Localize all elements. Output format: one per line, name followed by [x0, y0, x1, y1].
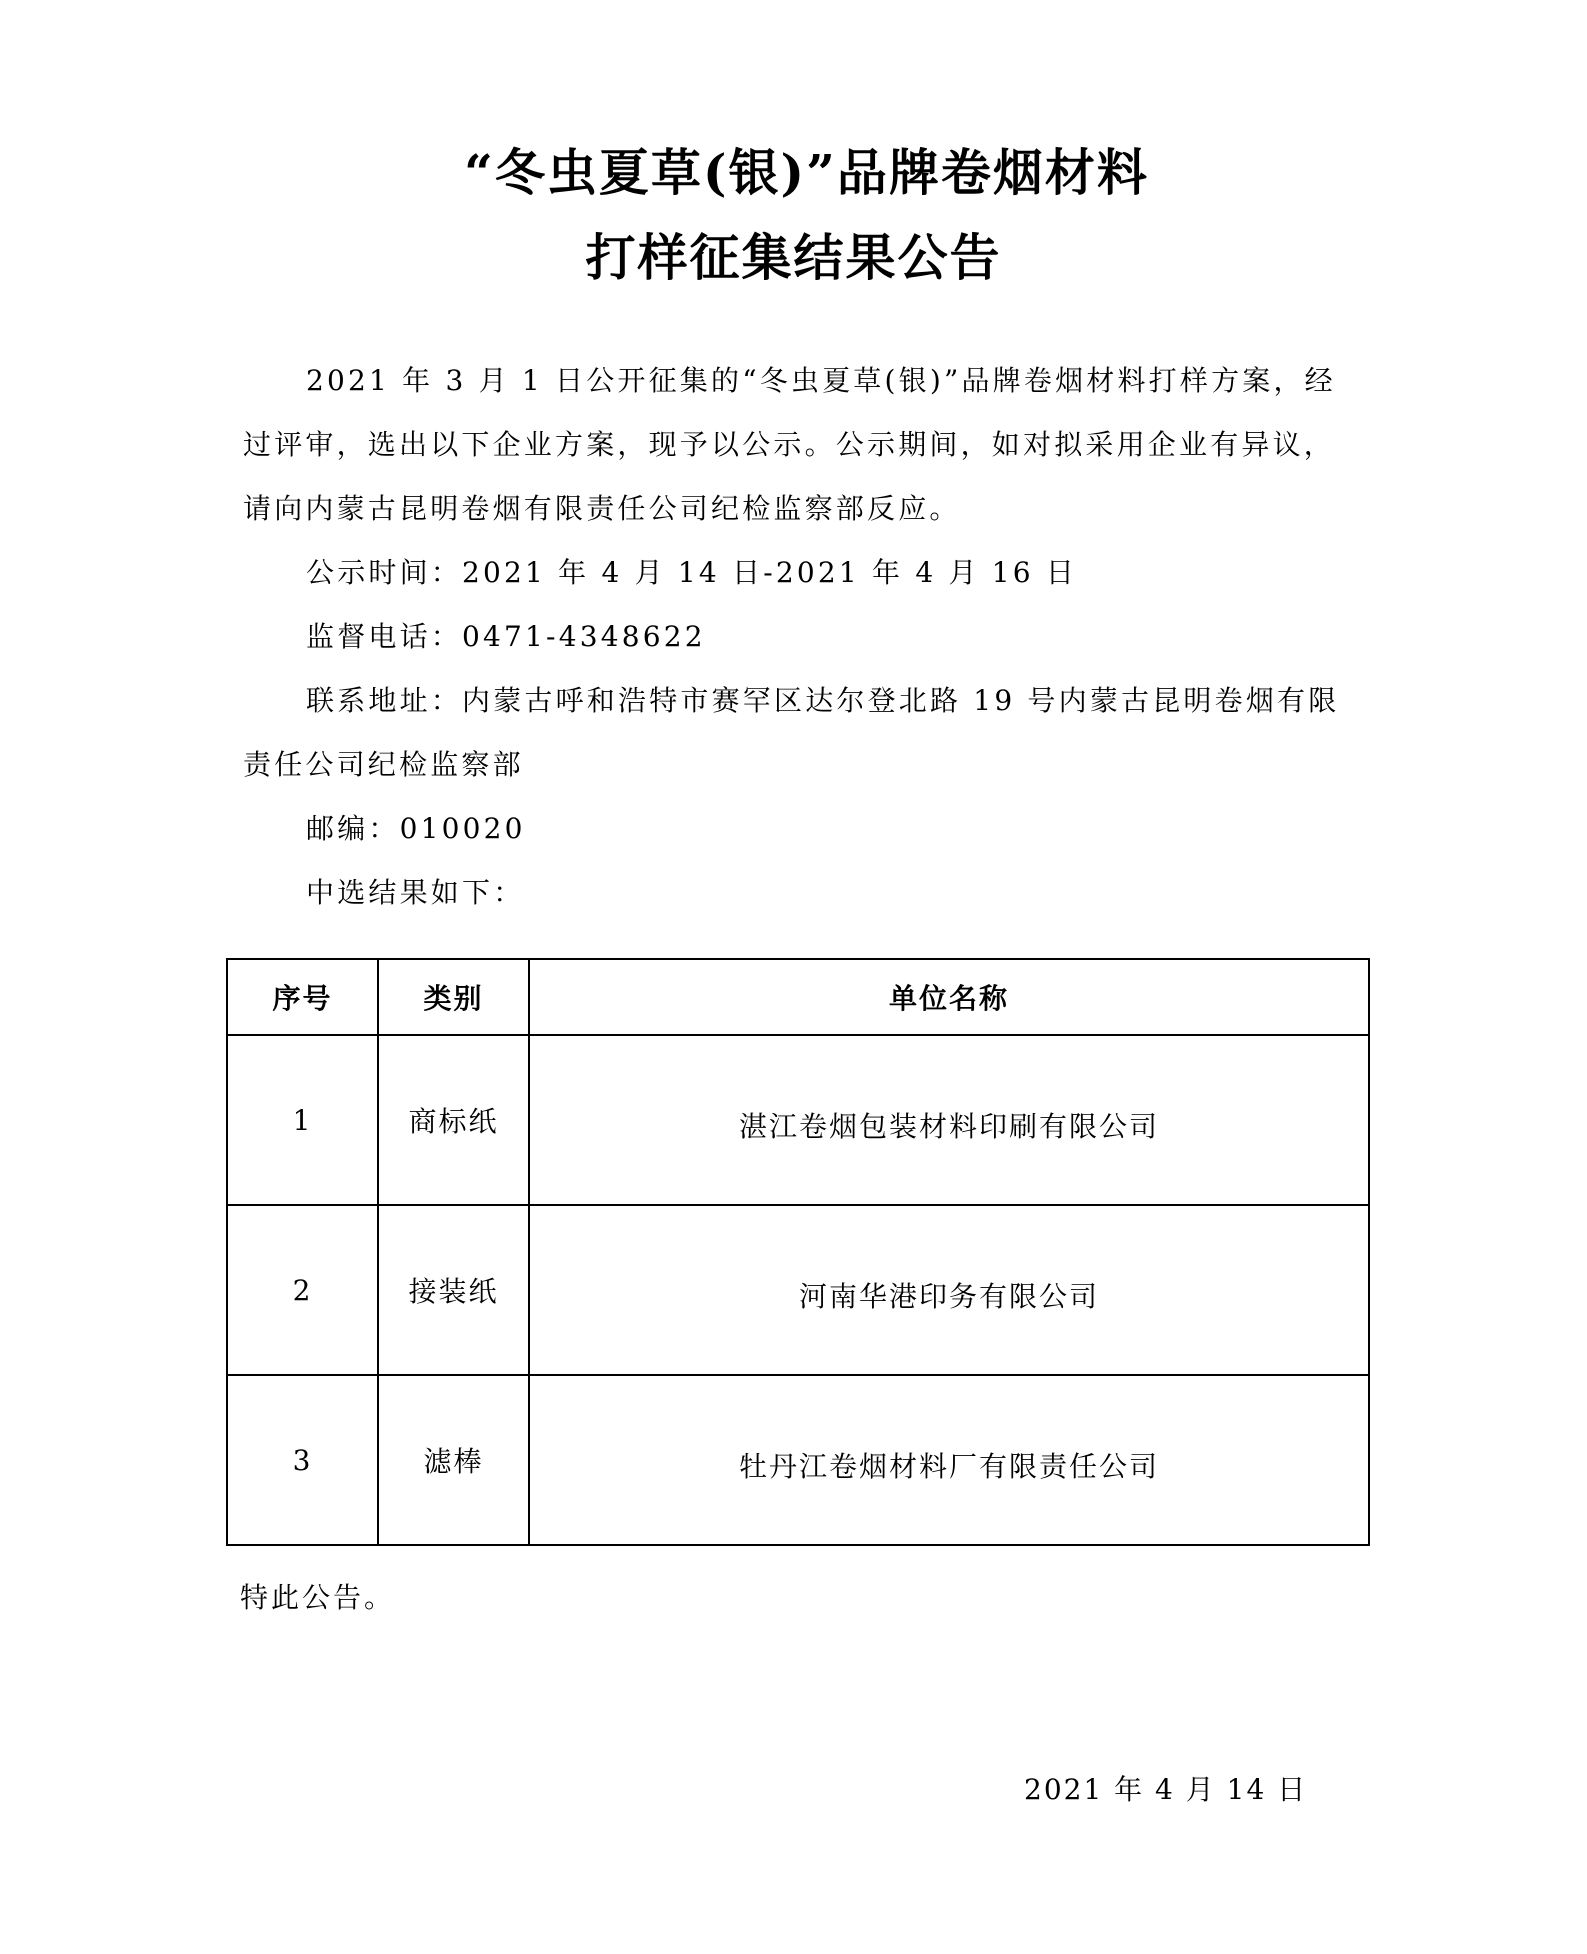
row-company: 湛江卷烟包装材料印刷有限公司 [529, 1035, 1369, 1205]
document-title-line-2: 打样征集结果公告 [0, 228, 1587, 288]
results-table: 序号 类别 单位名称 1 商标纸 湛江卷烟包装材料印刷有限公司 2 接装纸 河南… [226, 958, 1370, 1546]
contact-address-line-1: 联系地址：内蒙古呼和浩特市赛罕区达尔登北路 19 号内蒙古昆明卷烟有限 [306, 681, 1339, 721]
table-row: 1 商标纸 湛江卷烟包装材料印刷有限公司 [227, 1035, 1369, 1205]
contact-address-line-2: 责任公司纪检监察部 [243, 745, 524, 785]
body-paragraph-line-2: 过评审，选出以下企业方案，现予以公示。公示期间，如对拟采用企业有异议， [243, 425, 1335, 465]
row-index: 1 [227, 1035, 378, 1205]
table-row: 2 接装纸 河南华港印务有限公司 [227, 1205, 1369, 1375]
document-page: “冬虫夏草(银)”品牌卷烟材料 打样征集结果公告 2021 年 3 月 1 日公… [0, 0, 1587, 1954]
row-company: 牡丹江卷烟材料厂有限责任公司 [529, 1375, 1369, 1545]
table-header-row: 序号 类别 单位名称 [227, 959, 1369, 1035]
row-index: 2 [227, 1205, 378, 1375]
publicity-period: 公示时间：2021 年 4 月 14 日-2021 年 4 月 16 日 [306, 553, 1077, 593]
postal-code: 邮编：010020 [306, 809, 526, 849]
closing-statement: 特此公告。 [240, 1578, 395, 1618]
row-category: 滤棒 [378, 1375, 529, 1545]
body-paragraph-line-3: 请向内蒙古昆明卷烟有限责任公司纪检监察部反应。 [243, 489, 961, 529]
row-category: 商标纸 [378, 1035, 529, 1205]
row-category: 接装纸 [378, 1205, 529, 1375]
supervision-phone: 监督电话：0471-4348622 [306, 617, 706, 657]
header-index: 序号 [227, 959, 378, 1035]
header-company-name: 单位名称 [529, 959, 1369, 1035]
announcement-date: 2021 年 4 月 14 日 [1024, 1770, 1307, 1810]
document-title-line-1: “冬虫夏草(银)”品牌卷烟材料 [0, 143, 1587, 203]
header-category: 类别 [378, 959, 529, 1035]
row-company: 河南华港印务有限公司 [529, 1205, 1369, 1375]
body-paragraph-line-1: 2021 年 3 月 1 日公开征集的“冬虫夏草(银)”品牌卷烟材料打样方案，经 [306, 361, 1336, 401]
results-intro: 中选结果如下： [306, 873, 524, 913]
table-row: 3 滤棒 牡丹江卷烟材料厂有限责任公司 [227, 1375, 1369, 1545]
row-index: 3 [227, 1375, 378, 1545]
